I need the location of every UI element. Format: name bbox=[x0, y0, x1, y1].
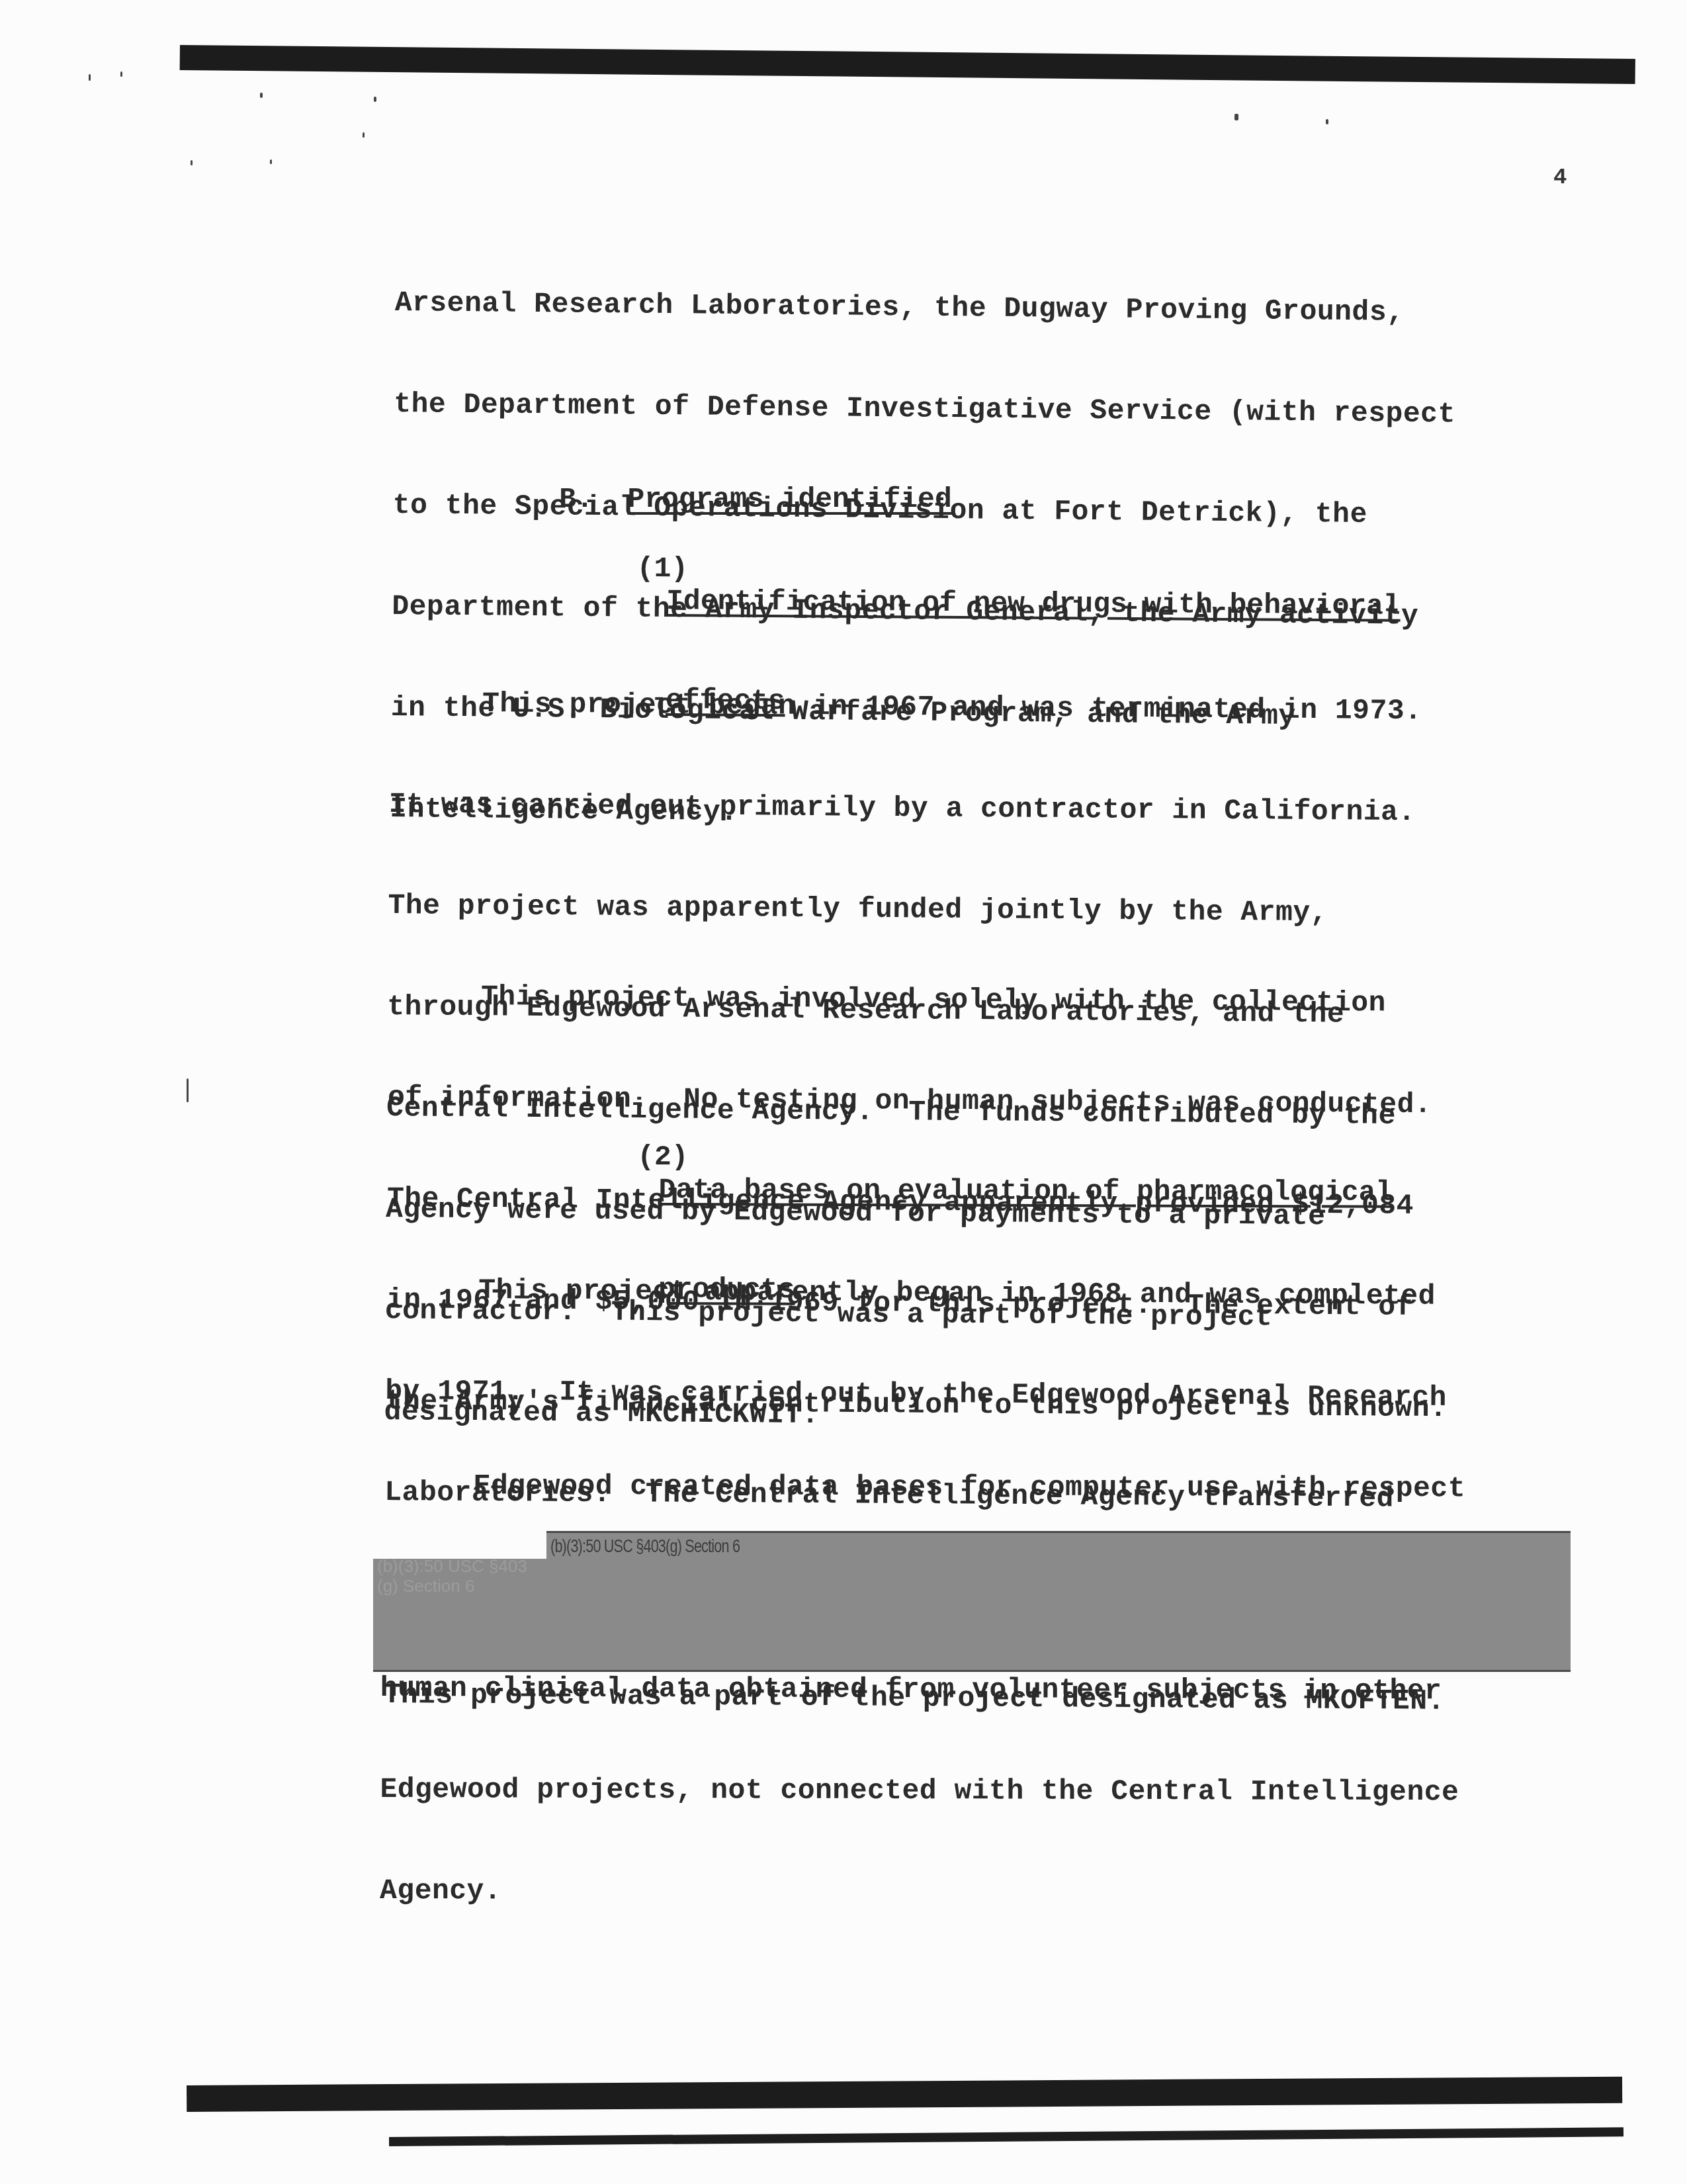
scan-speck bbox=[374, 97, 376, 102]
scan-speck bbox=[89, 74, 91, 81]
subsection-2-paragraph-2: Edgewood created data bases for computer… bbox=[380, 1401, 1466, 1978]
page-number: 4 bbox=[1553, 165, 1567, 191]
scan-speck bbox=[1234, 114, 1238, 120]
text-line: Arsenal Research Laboratories, the Dugwa… bbox=[395, 286, 1457, 329]
section-title: Programs identified bbox=[627, 483, 951, 515]
scanned-document-page: 4 Arsenal Research Laboratories, the Dug… bbox=[0, 0, 1687, 2184]
text-line: Edgewood projects, not connected with th… bbox=[380, 1772, 1464, 1809]
scan-speck bbox=[120, 71, 122, 77]
scan-speck bbox=[270, 159, 272, 164]
redaction-ghost-text: (b)(3):50 USC §403(g) Section 6 bbox=[377, 1556, 527, 1596]
text-line: This project was involved solely with th… bbox=[388, 979, 1450, 1020]
scan-speck bbox=[191, 160, 193, 165]
text-line: Edgewood created data bases for computer… bbox=[381, 1469, 1465, 1505]
bottom-scan-bar bbox=[187, 2077, 1622, 2112]
section-letter: B. bbox=[559, 483, 593, 515]
ghost-line: (g) Section 6 bbox=[377, 1576, 527, 1596]
text-line: the Department of Defense Investigative … bbox=[394, 387, 1455, 431]
bottom-scan-rule bbox=[389, 2127, 1623, 2146]
text-line: human clinical data obtained from volunt… bbox=[380, 1671, 1465, 1708]
top-scan-bar bbox=[180, 45, 1635, 84]
ghost-line: (b)(3):50 USC §403 bbox=[377, 1556, 527, 1576]
text-line: Agency. bbox=[380, 1874, 1464, 1910]
text-line: It was carried out primarily by a contra… bbox=[389, 787, 1422, 829]
scan-speck bbox=[260, 93, 263, 98]
text-line: This project apparently began in 1968 an… bbox=[386, 1273, 1448, 1313]
subsection-title-line: Identification of new drugs with behavio… bbox=[666, 585, 1401, 623]
scan-speck bbox=[363, 132, 365, 138]
subsection-title-line: Data bases on evaluation of pharmacologi… bbox=[658, 1174, 1393, 1209]
text-line: This project began in 1967 and was termi… bbox=[390, 686, 1422, 728]
scan-speck bbox=[187, 1078, 189, 1102]
scan-speck bbox=[1326, 119, 1328, 124]
redaction-block-lower bbox=[373, 1559, 1571, 1672]
redaction-exemption-label: (b)(3):50 USC §403(g) Section 6 bbox=[550, 1536, 740, 1557]
